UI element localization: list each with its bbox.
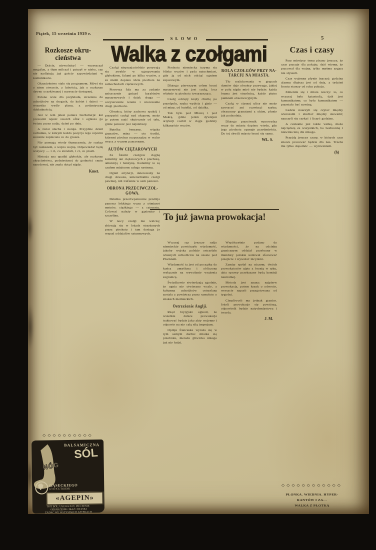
body-paragraph: Za falami czołgów ciągną kolumny aut cię… xyxy=(105,154,160,170)
listing-line: WALKA Z PŁOTKĄ xyxy=(281,503,343,509)
body-paragraph: Tło rozlokowania w grupach domów daje ob… xyxy=(221,80,277,101)
time-article-title: Czas i czasy xyxy=(281,45,343,55)
main-headline: Walka z czołgami xyxy=(100,42,278,67)
body-paragraph: Czas wojenny płynie inaczej: godzina ala… xyxy=(281,77,343,89)
body-paragraph: Piechota niemiecka trzyma się blisko woz… xyxy=(163,66,217,82)
newspaper-page: Piątek, 15 września 1939 r. SŁOWO 5 Rozk… xyxy=(28,9,369,514)
cruelty-article-column: — Drżcie, niewolnicy! — wrzeszczał megaf… xyxy=(33,64,103,432)
body-paragraph: Czołg w ciasnej ulicy nie może zawracać … xyxy=(221,102,277,118)
page-content: Piątek, 15 września 1939 r. SŁOWO 5 Rozk… xyxy=(28,9,369,514)
body-paragraph: Dlatego pierwszym celem broni maszynowej… xyxy=(163,84,217,96)
body-paragraph: Dlatego przeciwnik wprowadza wozy do mia… xyxy=(221,120,277,136)
body-paragraph: Nie pomogą wtedy tłumaczenia, że rozkaz … xyxy=(33,141,103,153)
provocation-column-right: Współcześnie podano do wiadomości, że na… xyxy=(221,241,277,513)
date-line: Piątek, 15 września 1939 r. xyxy=(36,31,91,36)
article-signature: (h) xyxy=(281,150,343,155)
body-paragraph: Parę miesięcy temu pisano jeszcze, że cz… xyxy=(281,59,343,75)
ink-smudge xyxy=(28,461,33,491)
masthead-rule-right xyxy=(206,39,268,41)
body-paragraph: Jest w tem jakaś ponura buchalterja: kat… xyxy=(33,114,103,126)
body-paragraph: Rząd brytyjski ogłosił, że wszelkie dals… xyxy=(163,311,217,327)
ad-sol-text: SÓL xyxy=(74,446,99,461)
ad-brand-note: (Z KOGUTKIEM) xyxy=(49,487,70,490)
tanks-column-left: Czołgi nieprzyjacielskie posuwają się zw… xyxy=(105,66,160,513)
article-signature: J. M. xyxy=(221,317,277,322)
body-paragraph: Wiadomość ta jest od początku do końca z… xyxy=(163,263,217,279)
body-paragraph: Zmieniła się i miara rzeczy: to, co wczo… xyxy=(281,91,343,107)
body-paragraph: Zamiar spełzł na niczem; dwóch prowokato… xyxy=(221,263,277,279)
body-paragraph: Ogień artylerji, skierowany na drogi dow… xyxy=(105,171,160,183)
body-paragraph: Czołgi nieprzyjacielskie posuwają się zw… xyxy=(105,66,160,87)
agepin-product-name: «AGEPIN» xyxy=(56,494,94,502)
body-paragraph: A czekanie jest także walką, może najcię… xyxy=(281,122,343,134)
provocation-column-left: Wczoraj raz jeszcze radjo niemieckie pow… xyxy=(163,241,217,513)
body-paragraph: Przyjdą jeszcze czasy, w których czas zn… xyxy=(281,136,343,148)
listing-block: PŁONKA. WIEDNIA. HYPER- RANTÓW I ZA… WAL… xyxy=(281,492,343,509)
masthead-title: SŁOWO xyxy=(164,36,206,41)
body-paragraph: Obrońca, który zachowa spokój i przepuśc… xyxy=(105,110,160,126)
ad-small-line: ŻĄDAĆ WE WSZYSTKICH APTEKACH xyxy=(34,511,102,514)
cruelty-article-title: Rozkosze okru- cieństwa xyxy=(33,47,103,62)
article-signature: Kmet. xyxy=(33,169,103,174)
body-paragraph: Historja zna upadki głębokie, ale rozkos… xyxy=(33,155,103,167)
body-paragraph: Metoda jest znana: najpierw prowokacja, … xyxy=(221,281,277,297)
body-paragraph: Czołg odcięty krąży chwilę po przedpolu,… xyxy=(163,98,217,110)
body-paragraph: Butelka benzyny, wiązka granatów, mina —… xyxy=(105,128,160,144)
body-paragraph: Wczoraj raz jeszcze radjo niemieckie pow… xyxy=(163,241,217,262)
ink-smudge xyxy=(28,214,33,242)
tanks-column-right: ROLA CZOŁGÓW PRZY NA- TARCIU NA MIASTA.T… xyxy=(221,66,277,208)
agepin-product-box: «AGEPIN» xyxy=(46,492,103,506)
tanks-column-middle: Piechota niemiecka trzyma się blisko woz… xyxy=(163,66,217,206)
body-paragraph: Cierpliwość ma jednak granice. Jeżeli pr… xyxy=(221,299,277,315)
diamond-ornament-row-right: ◇◇◇◇◇◇◇◇◇◇◇◇ xyxy=(281,483,343,488)
body-paragraph: Ludzie nauczyli się czytać między wiersz… xyxy=(281,109,343,121)
diamond-ornament-row-left: ◇◇◇◇◇◇◇◇◇◇ xyxy=(33,433,103,438)
column-subhead: Ostrzeżenie Anglji. xyxy=(163,304,217,309)
newspaper-scan: Piątek, 15 września 1939 r. SŁOWO 5 Rozk… xyxy=(0,0,376,550)
body-paragraph: Okrucieństwo stało się programem. Mówi s… xyxy=(33,82,103,94)
page-number: 5 xyxy=(321,35,324,41)
masthead-rule-left xyxy=(103,39,164,41)
body-paragraph: Świadkowie stwierdzają zgodnie, że ognia… xyxy=(163,281,217,302)
column-subhead: AUTÓW CIĘŻAROWYCH xyxy=(105,147,160,152)
column-subhead: ROLA CZOŁGÓW PRZY NA- TARCIU NA MIASTA. xyxy=(221,69,277,78)
agepin-advertisement: BALSAMICZNA SÓL NÓG GĄSECKIEGO (Z KOGUTK… xyxy=(31,440,104,514)
body-paragraph: Tak było pod Mławą i pod Mokrą, gdzie je… xyxy=(163,112,217,128)
body-paragraph: A świat słucha i notuje. Przyjdzie dzień… xyxy=(33,127,103,139)
body-paragraph: Opinja francuska wyraża się w tym samym … xyxy=(163,329,217,345)
column-subhead: OBRONA PRZECIWCZOŁ- GOWA. xyxy=(105,186,160,195)
time-article-column: Parę miesięcy temu pisano jeszcze, że cz… xyxy=(281,59,343,479)
body-paragraph: Współcześnie podano do wiadomości, że na… xyxy=(221,241,277,262)
body-paragraph: Pierwsza fala ma za zadanie zniszczenie … xyxy=(105,88,160,109)
body-paragraph: Palono wsie dla przykładu, strzelano do … xyxy=(33,96,103,112)
ad-small-print: KOI BÓL, USUWA POT, PIECZENIE ODPARZENIE… xyxy=(34,505,102,514)
provocation-headline: To już jawna prowokacja! xyxy=(150,212,279,223)
provocation-divider-rule xyxy=(150,209,279,210)
body-paragraph: — Drżcie, niewolnicy! — wrzeszczał megaf… xyxy=(33,64,103,80)
ink-smudge xyxy=(28,304,34,350)
article-signature: WŁ. S. xyxy=(221,138,277,143)
